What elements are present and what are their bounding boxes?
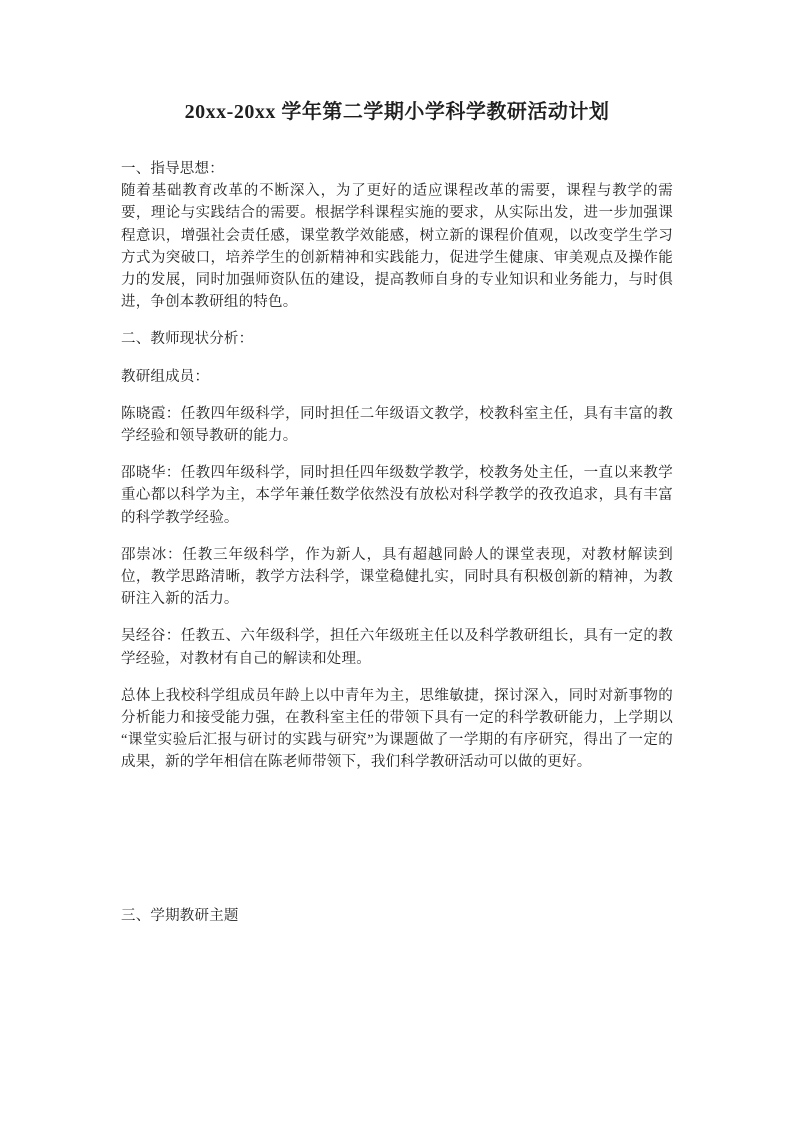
document-content: 20xx-20xx 学年第二学期小学科学教研活动计划 一、指导思想： 随着基础教…: [121, 0, 673, 927]
member-paragraph-wu-jinggu: 吴经谷：任教五、六年级科学，担任六年级班主任以及科学教研组长，具有一定的教学经验…: [121, 625, 673, 669]
group-members-label: 教研组成员：: [121, 366, 673, 388]
member-paragraph-shao-xiaohua: 邵晓华：任教四年级科学，同时担任四年级数学教学，校教务处主任，一直以来教学重心都…: [121, 462, 673, 529]
document-title: 20xx-20xx 学年第二学期小学科学教研活动计划: [121, 99, 673, 125]
section-heading-guiding-ideology: 一、指导思想：: [121, 158, 673, 180]
member-paragraph-shao-chongbing: 邵崇冰：任教三年级科学，作为新人，具有超越同龄人的课堂表现，对教材解读到位，教学…: [121, 544, 673, 611]
document-page: 20xx-20xx 学年第二学期小学科学教研活动计划 一、指导思想： 随着基础教…: [0, 0, 793, 1122]
section-heading-semester-theme: 三、学期教研主题: [121, 905, 673, 927]
member-paragraph-chen-xiaoxia: 陈晓霞：任教四年级科学，同时担任二年级语文教学，校教科室主任，具有丰富的教学经验…: [121, 403, 673, 447]
group-summary-paragraph: 总体上我校科学组成员年龄上以中青年为主，思维敏捷，探讨深入，同时对新事物的分析能…: [121, 685, 673, 774]
section-heading-teacher-analysis: 二、教师现状分析：: [121, 328, 673, 350]
guiding-ideology-paragraph: 随着基础教育改革的不断深入，为了更好的适应课程改革的需要，课程与教学的需要，理论…: [121, 180, 673, 313]
